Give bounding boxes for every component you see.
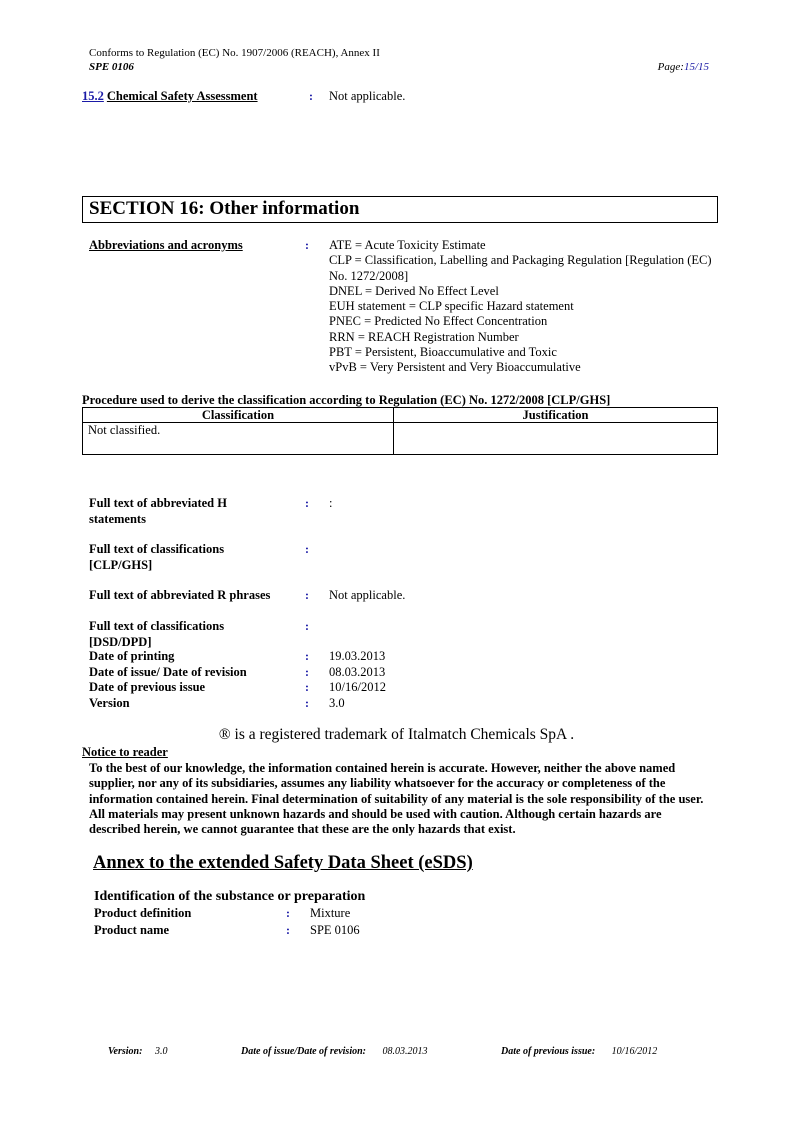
field-value: 3.0 — [329, 696, 345, 712]
field-label: Product name — [94, 923, 169, 938]
section-15-2-value: Not applicable. — [329, 89, 405, 104]
section-16-title-box: SECTION 16: Other information — [82, 196, 718, 223]
field-label: Product definition — [94, 906, 191, 921]
justification-cell — [394, 423, 718, 455]
field-label: Full text of abbreviated R phrases — [89, 588, 299, 604]
field-value: Not applicable. — [329, 588, 405, 604]
footer-issue-value: 08.03.2013 — [383, 1046, 428, 1057]
colon-separator: : — [305, 496, 309, 511]
field-value: 19.03.2013 — [329, 649, 385, 665]
colon-separator: : — [305, 238, 309, 253]
section-16-title: SECTION 16: Other information — [89, 198, 359, 220]
field-label: Date of previous issue — [89, 680, 289, 696]
colon-separator: : — [305, 680, 309, 695]
colon-separator: : — [305, 619, 309, 634]
footer-previous: Date of previous issue: 10/16/2012 — [501, 1046, 657, 1057]
page-number-link[interactable]: 15/15 — [684, 61, 709, 73]
abbreviations-list: ATE = Acute Toxicity Estimate CLP = Clas… — [329, 238, 714, 376]
abbreviation-item: PBT = Persistent, Bioaccumulative and To… — [329, 345, 714, 360]
footer-version-label: Version: — [108, 1046, 142, 1057]
field-label: Version — [89, 696, 289, 712]
regulation-header: Conforms to Regulation (EC) No. 1907/200… — [89, 47, 380, 59]
notice-heading: Notice to reader — [82, 745, 168, 760]
trademark-note: ® is a registered trademark of Italmatch… — [0, 726, 793, 744]
colon-separator: : — [305, 588, 309, 603]
abbreviation-item: vPvB = Very Persistent and Very Bioaccum… — [329, 360, 714, 375]
colon-separator: : — [286, 906, 290, 921]
field-label: Full text of classifications [DSD/DPD] — [89, 619, 249, 650]
field-value: 08.03.2013 — [329, 665, 385, 681]
product-code-header: SPE 0106 — [89, 61, 134, 73]
section-15-2-label: Chemical Safety Assessment — [107, 89, 258, 103]
field-value: : — [329, 496, 332, 512]
footer-version: Version: 3.0 — [108, 1046, 167, 1057]
colon-separator: : — [309, 89, 313, 104]
page-label: Page: — [658, 61, 684, 73]
field-value: Mixture — [310, 906, 350, 921]
footer-issue-label: Date of issue/Date of revision: — [241, 1046, 366, 1057]
colon-separator: : — [305, 649, 309, 664]
abbreviation-item: DNEL = Derived No Effect Level — [329, 284, 714, 299]
notice-body: To the best of our knowledge, the inform… — [89, 761, 709, 837]
field-label: Full text of abbreviated H statements — [89, 496, 259, 527]
abbreviation-item: PNEC = Predicted No Effect Concentration — [329, 314, 714, 329]
classification-cell: Not classified. — [83, 423, 394, 455]
abbreviation-item: ATE = Acute Toxicity Estimate — [329, 238, 714, 253]
colon-separator: : — [305, 665, 309, 680]
identification-heading: Identification of the substance or prepa… — [94, 889, 365, 905]
page-indicator: Page:15/15 — [658, 61, 709, 73]
footer-previous-label: Date of previous issue: — [501, 1046, 595, 1057]
abbreviation-item: EUH statement = CLP specific Hazard stat… — [329, 299, 714, 314]
colon-separator: : — [286, 923, 290, 938]
section-15-2-link[interactable]: 15.2 — [82, 89, 104, 103]
abbreviation-item: CLP = Classification, Labelling and Pack… — [329, 253, 714, 284]
footer-version-value: 3.0 — [155, 1046, 168, 1057]
section-15-2: 15.2Chemical Safety Assessment — [82, 89, 258, 104]
field-label: Date of printing — [89, 649, 289, 665]
classification-table: Classification Justification Not classif… — [82, 407, 718, 455]
annex-title: Annex to the extended Safety Data Sheet … — [93, 853, 473, 874]
footer-issue: Date of issue/Date of revision: 08.03.20… — [241, 1046, 428, 1057]
footer-previous-value: 10/16/2012 — [612, 1046, 658, 1057]
column-header-justification: Justification — [394, 408, 718, 423]
abbreviations-label: Abbreviations and acronyms — [89, 238, 243, 253]
abbreviation-item: RRN = REACH Registration Number — [329, 330, 714, 345]
table-row: Not classified. — [83, 423, 718, 455]
field-label: Date of issue/ Date of revision — [89, 665, 289, 681]
colon-separator: : — [305, 542, 309, 557]
colon-separator: : — [305, 696, 309, 711]
column-header-classification: Classification — [83, 408, 394, 423]
field-value: 10/16/2012 — [329, 680, 386, 696]
field-label: Full text of classifications [CLP/GHS] — [89, 542, 259, 573]
field-value: SPE 0106 — [310, 923, 360, 938]
procedure-title: Procedure used to derive the classificat… — [82, 393, 610, 408]
